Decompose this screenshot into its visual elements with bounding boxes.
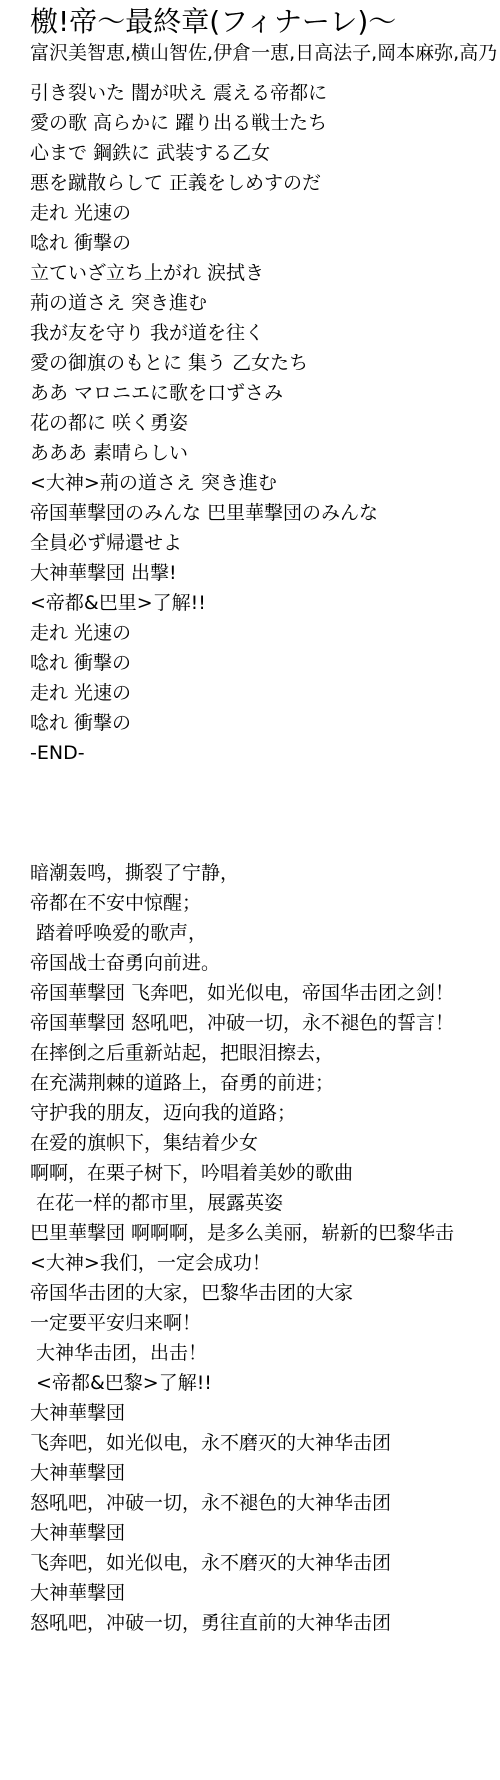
lyric-line: 大神華撃団 — [30, 1398, 500, 1428]
section-spacer — [30, 768, 500, 858]
lyric-line: <大神>我们，一定会成功！ — [30, 1248, 500, 1278]
lyric-line: 飞奔吧，如光似电，永不磨灭的大神华击团 — [30, 1548, 500, 1578]
lyric-line: 花の都に 咲く勇姿 — [30, 408, 500, 438]
lyric-line: <帝都&巴里>了解!! — [30, 588, 500, 618]
lyric-line: 愛の歌 高らかに 躍り出る戦士たち — [30, 108, 500, 138]
lyric-line: 唸れ 衝撃の — [30, 708, 500, 738]
lyric-line: 唸れ 衝撃の — [30, 228, 500, 258]
lyrics-page: 檄!帝～最終章(フィナーレ)～ 富沢美智恵,横山智佐,伊倉一恵,日高法子,岡本麻… — [0, 0, 500, 1780]
lyric-line: ああ マロニエに歌を口ずさみ — [30, 378, 500, 408]
lyric-line: 怒吼吧，冲破一切，永不褪色的大神华击团 — [30, 1488, 500, 1518]
lyric-line: 暗潮轰鸣，撕裂了宁静， — [30, 858, 500, 888]
lyric-line: 帝国华击团的大家，巴黎华击团的大家 — [30, 1278, 500, 1308]
lyric-line: 立ていざ立ち上がれ 涙拭き — [30, 258, 500, 288]
lyric-line: 帝都在不安中惊醒； — [30, 888, 500, 918]
lyric-line: 怒吼吧，冲破一切，勇往直前的大神华击团 — [30, 1608, 500, 1638]
lyric-line: 愛の御旗のもとに 集う 乙女たち — [30, 348, 500, 378]
lyric-line: 帝国華撃団のみんな 巴里華撃団のみんな — [30, 498, 500, 528]
lyric-line: 飞奔吧，如光似电，永不磨灭的大神华击团 — [30, 1428, 500, 1458]
lyrics-chinese: 暗潮轰鸣，撕裂了宁静， 帝都在不安中惊醒； 踏着呼唤爱的歌声， 帝国战士奋勇向前… — [30, 858, 500, 1638]
lyric-line: 大神華撃団 — [30, 1578, 500, 1608]
song-artists: 富沢美智恵,横山智佐,伊倉一恵,日高法子,岡本麻弥,高乃 — [30, 38, 500, 68]
lyric-line: <帝都&巴黎>了解!! — [30, 1368, 500, 1398]
lyric-line: 大神華撃団 — [30, 1458, 500, 1488]
lyric-line: 帝国战士奋勇向前进。 — [30, 948, 500, 978]
lyric-line: 在爱的旗帜下，集结着少女 — [30, 1128, 500, 1158]
lyric-line: 唸れ 衝撃の — [30, 648, 500, 678]
lyrics-japanese: 引き裂いた 闇が吠え 震える帝都に 愛の歌 高らかに 躍り出る戦士たち 心まで … — [30, 78, 500, 768]
lyric-line: 荊の道さえ 突き進む — [30, 288, 500, 318]
lyric-line: 踏着呼唤爱的歌声， — [30, 918, 500, 948]
lyric-line: 走れ 光速の — [30, 618, 500, 648]
lyric-line: 一定要平安归来啊！ — [30, 1308, 500, 1338]
lyric-end-marker: -END- — [30, 738, 500, 768]
lyric-line: あああ 素晴らしい — [30, 438, 500, 468]
lyric-line: 大神華撃団 — [30, 1518, 500, 1548]
lyric-line: 啊啊，在栗子树下，吟唱着美妙的歌曲 — [30, 1158, 500, 1188]
lyrics-body: 引き裂いた 闇が吠え 震える帝都に 愛の歌 高らかに 躍り出る戦士たち 心まで … — [30, 78, 500, 1638]
song-title: 檄!帝～最終章(フィナーレ)～ — [30, 0, 500, 38]
lyric-line: 悪を蹴散らして 正義をしめすのだ — [30, 168, 500, 198]
lyric-line: 在充满荆棘的道路上，奋勇的前进； — [30, 1068, 500, 1098]
lyric-line: 走れ 光速の — [30, 678, 500, 708]
lyric-line: 大神華撃団 出撃! — [30, 558, 500, 588]
lyric-line: 大神华击团，出击！ — [30, 1338, 500, 1368]
lyric-line: 在摔倒之后重新站起，把眼泪擦去， — [30, 1038, 500, 1068]
lyric-line: 走れ 光速の — [30, 198, 500, 228]
lyric-line: 守护我的朋友，迈向我的道路； — [30, 1098, 500, 1128]
lyric-line: 全員必ず帰還せよ — [30, 528, 500, 558]
lyric-line: 巴里華撃団 啊啊啊，是多么美丽，崭新的巴黎华击 — [30, 1218, 500, 1248]
lyric-line: 在花一样的都市里，展露英姿 — [30, 1188, 500, 1218]
lyric-line: 帝国華撃団 飞奔吧，如光似电，帝国华击团之剑！ — [30, 978, 500, 1008]
lyric-line: 引き裂いた 闇が吠え 震える帝都に — [30, 78, 500, 108]
lyric-line: 帝国華撃団 怒吼吧，冲破一切，永不褪色的誓言！ — [30, 1008, 500, 1038]
lyric-line: <大神>荊の道さえ 突き進む — [30, 468, 500, 498]
lyric-line: 我が友を守り 我が道を往く — [30, 318, 500, 348]
lyric-line: 心まで 鋼鉄に 武装する乙女 — [30, 138, 500, 168]
